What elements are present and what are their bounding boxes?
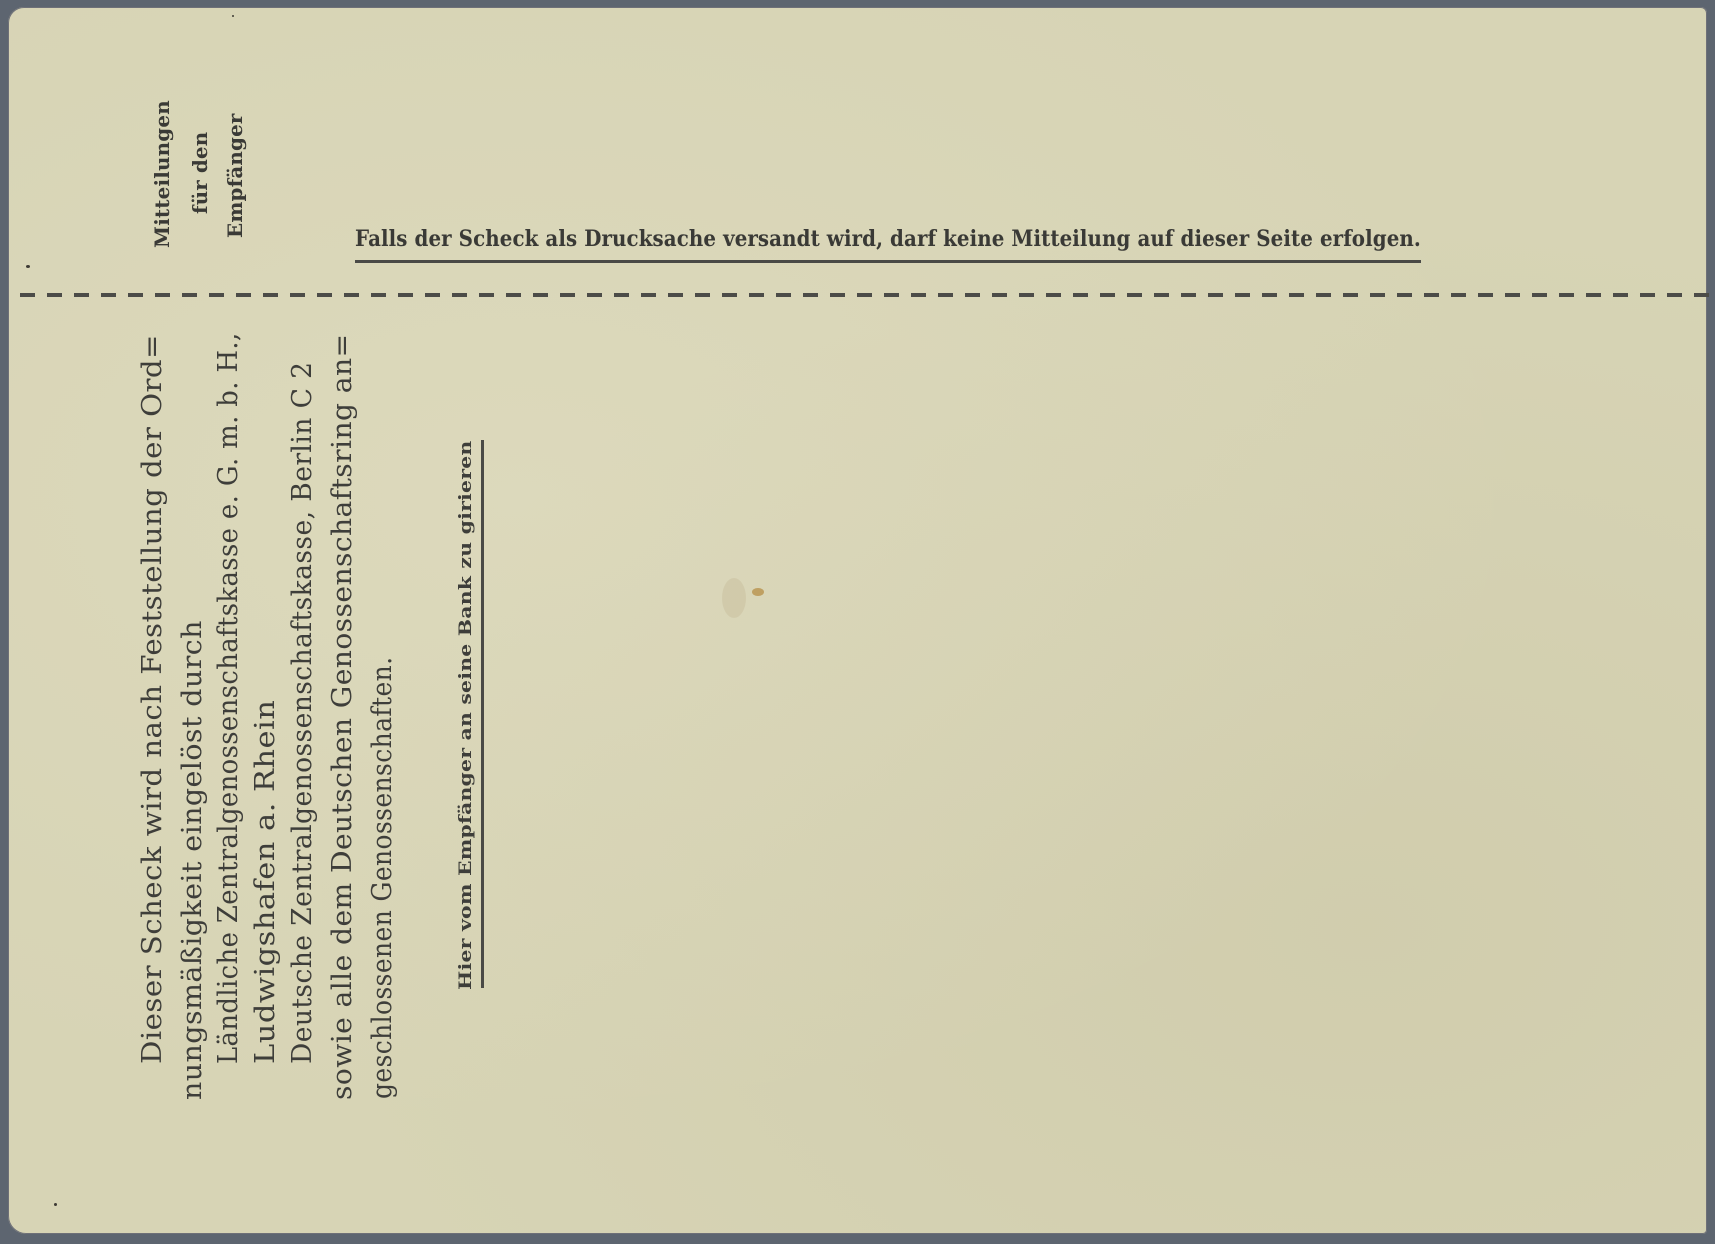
redemption-line-5: Deutsche Zentralgenossenschaftskasse, Be… [287, 362, 318, 1064]
redemption-line-1: Dieser Scheck wird nach Feststellung der… [137, 334, 168, 1064]
redemption-line-7: geschlossenen Genossenschaften. [367, 657, 398, 1099]
paper-speck [26, 265, 30, 268]
redemption-line-2: nungsmäßigkeit eingelöst durch [177, 620, 208, 1100]
redemption-line-3: Ländliche Zentralgenossenschaftskasse e.… [213, 332, 244, 1064]
side-label-line-2: für den [188, 132, 212, 214]
paper-stain [752, 588, 764, 596]
paper-speck [232, 15, 234, 17]
endorsement-line[interactable] [481, 440, 484, 988]
print-matter-notice: Falls der Scheck als Drucksache versandt… [355, 226, 1421, 252]
side-label-line-1: Mitteilungen [150, 100, 174, 248]
redemption-line-6: sowie alle dem Deutschen Genossenschafts… [327, 333, 358, 1100]
notice-underline [355, 260, 1421, 263]
redemption-line-4: Ludwigshafen a. Rhein [250, 700, 281, 1064]
endorsement-instruction: Hier vom Empfänger an seine Bank zu giri… [456, 441, 476, 990]
side-label-line-3: Empfänger [223, 113, 247, 238]
paper-speck [54, 1203, 57, 1206]
paper-stain-halo [722, 578, 746, 618]
perforation-line [20, 293, 1710, 297]
